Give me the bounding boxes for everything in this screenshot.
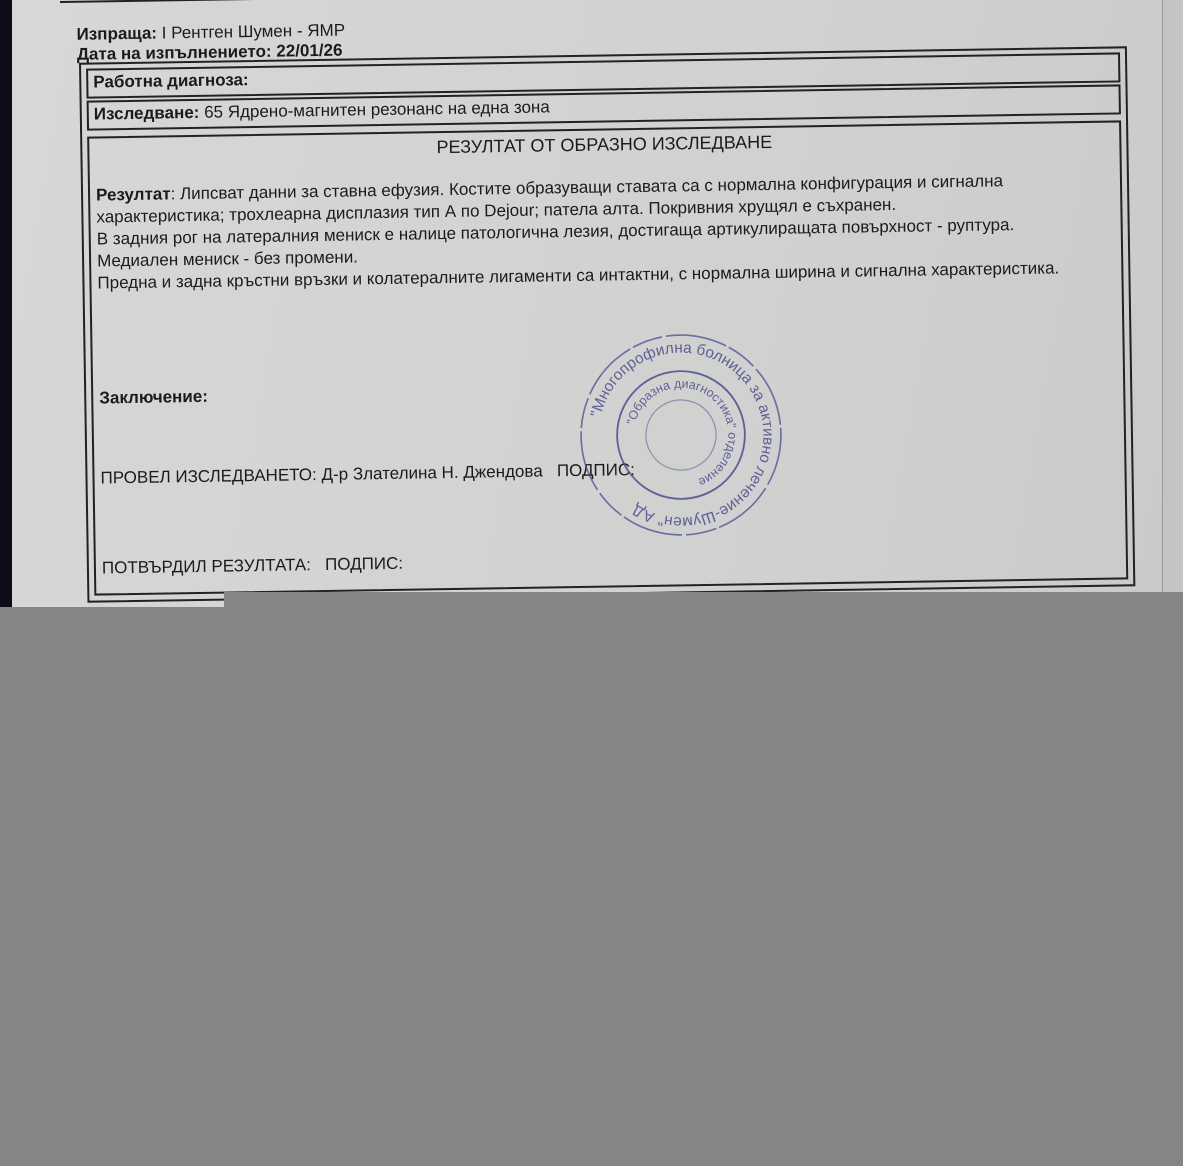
stamp-outer-text: "Многопрофилна болница за активно лечени… — [568, 322, 794, 548]
result-body: Резултат: Липсват данни за ставна ефузия… — [96, 169, 1102, 295]
performed-by-value: Д-р Злателина Н. Джендова — [321, 462, 542, 484]
examination-label: Изследване: — [94, 103, 200, 124]
result-label: Резултат — [96, 184, 171, 204]
performed-by-label: ПРОВЕЛ ИЗСЛЕДВАНЕТО: — [100, 465, 317, 487]
date-value: 22/01/26 — [276, 41, 342, 61]
working-diagnosis-label: Работна диагноза: — [93, 70, 249, 92]
examination-text: Изследване: 65 Ядрено-магнитен резонанс … — [94, 97, 550, 124]
hospital-stamp: "Многопрофилна болница за активно лечени… — [559, 313, 803, 557]
stamp-graphic: "Многопрофилна болница за активно лечени… — [559, 313, 803, 557]
confirmed-line: ПОТВЪРДИЛ РЕЗУЛТАТА: ПОДПИС: — [102, 554, 403, 579]
sender-label: Изпраща: — [76, 24, 157, 44]
confirmed-label: ПОТВЪРДИЛ РЕЗУЛТАТА: — [102, 555, 311, 577]
redacted-area-bottom — [0, 607, 1183, 1166]
conclusion-label: Заключение: — [99, 387, 208, 409]
performed-by-line: ПРОВЕЛ ИЗСЛЕДВАНЕТО: Д-р Злателина Н. Дж… — [100, 460, 635, 488]
sender-value: I Рентген Шумен - ЯМР — [162, 21, 346, 43]
result-section-title: РЕЗУЛТАТ ОТ ОБРАЗНО ИЗСЛЕДВАНЕ — [89, 126, 1119, 163]
top-border-line — [60, 0, 1070, 3]
confirmed-signature-label: ПОДПИС: — [325, 554, 403, 574]
examination-value: 65 Ядрено-магнитен резонанс на една зона — [204, 97, 550, 121]
